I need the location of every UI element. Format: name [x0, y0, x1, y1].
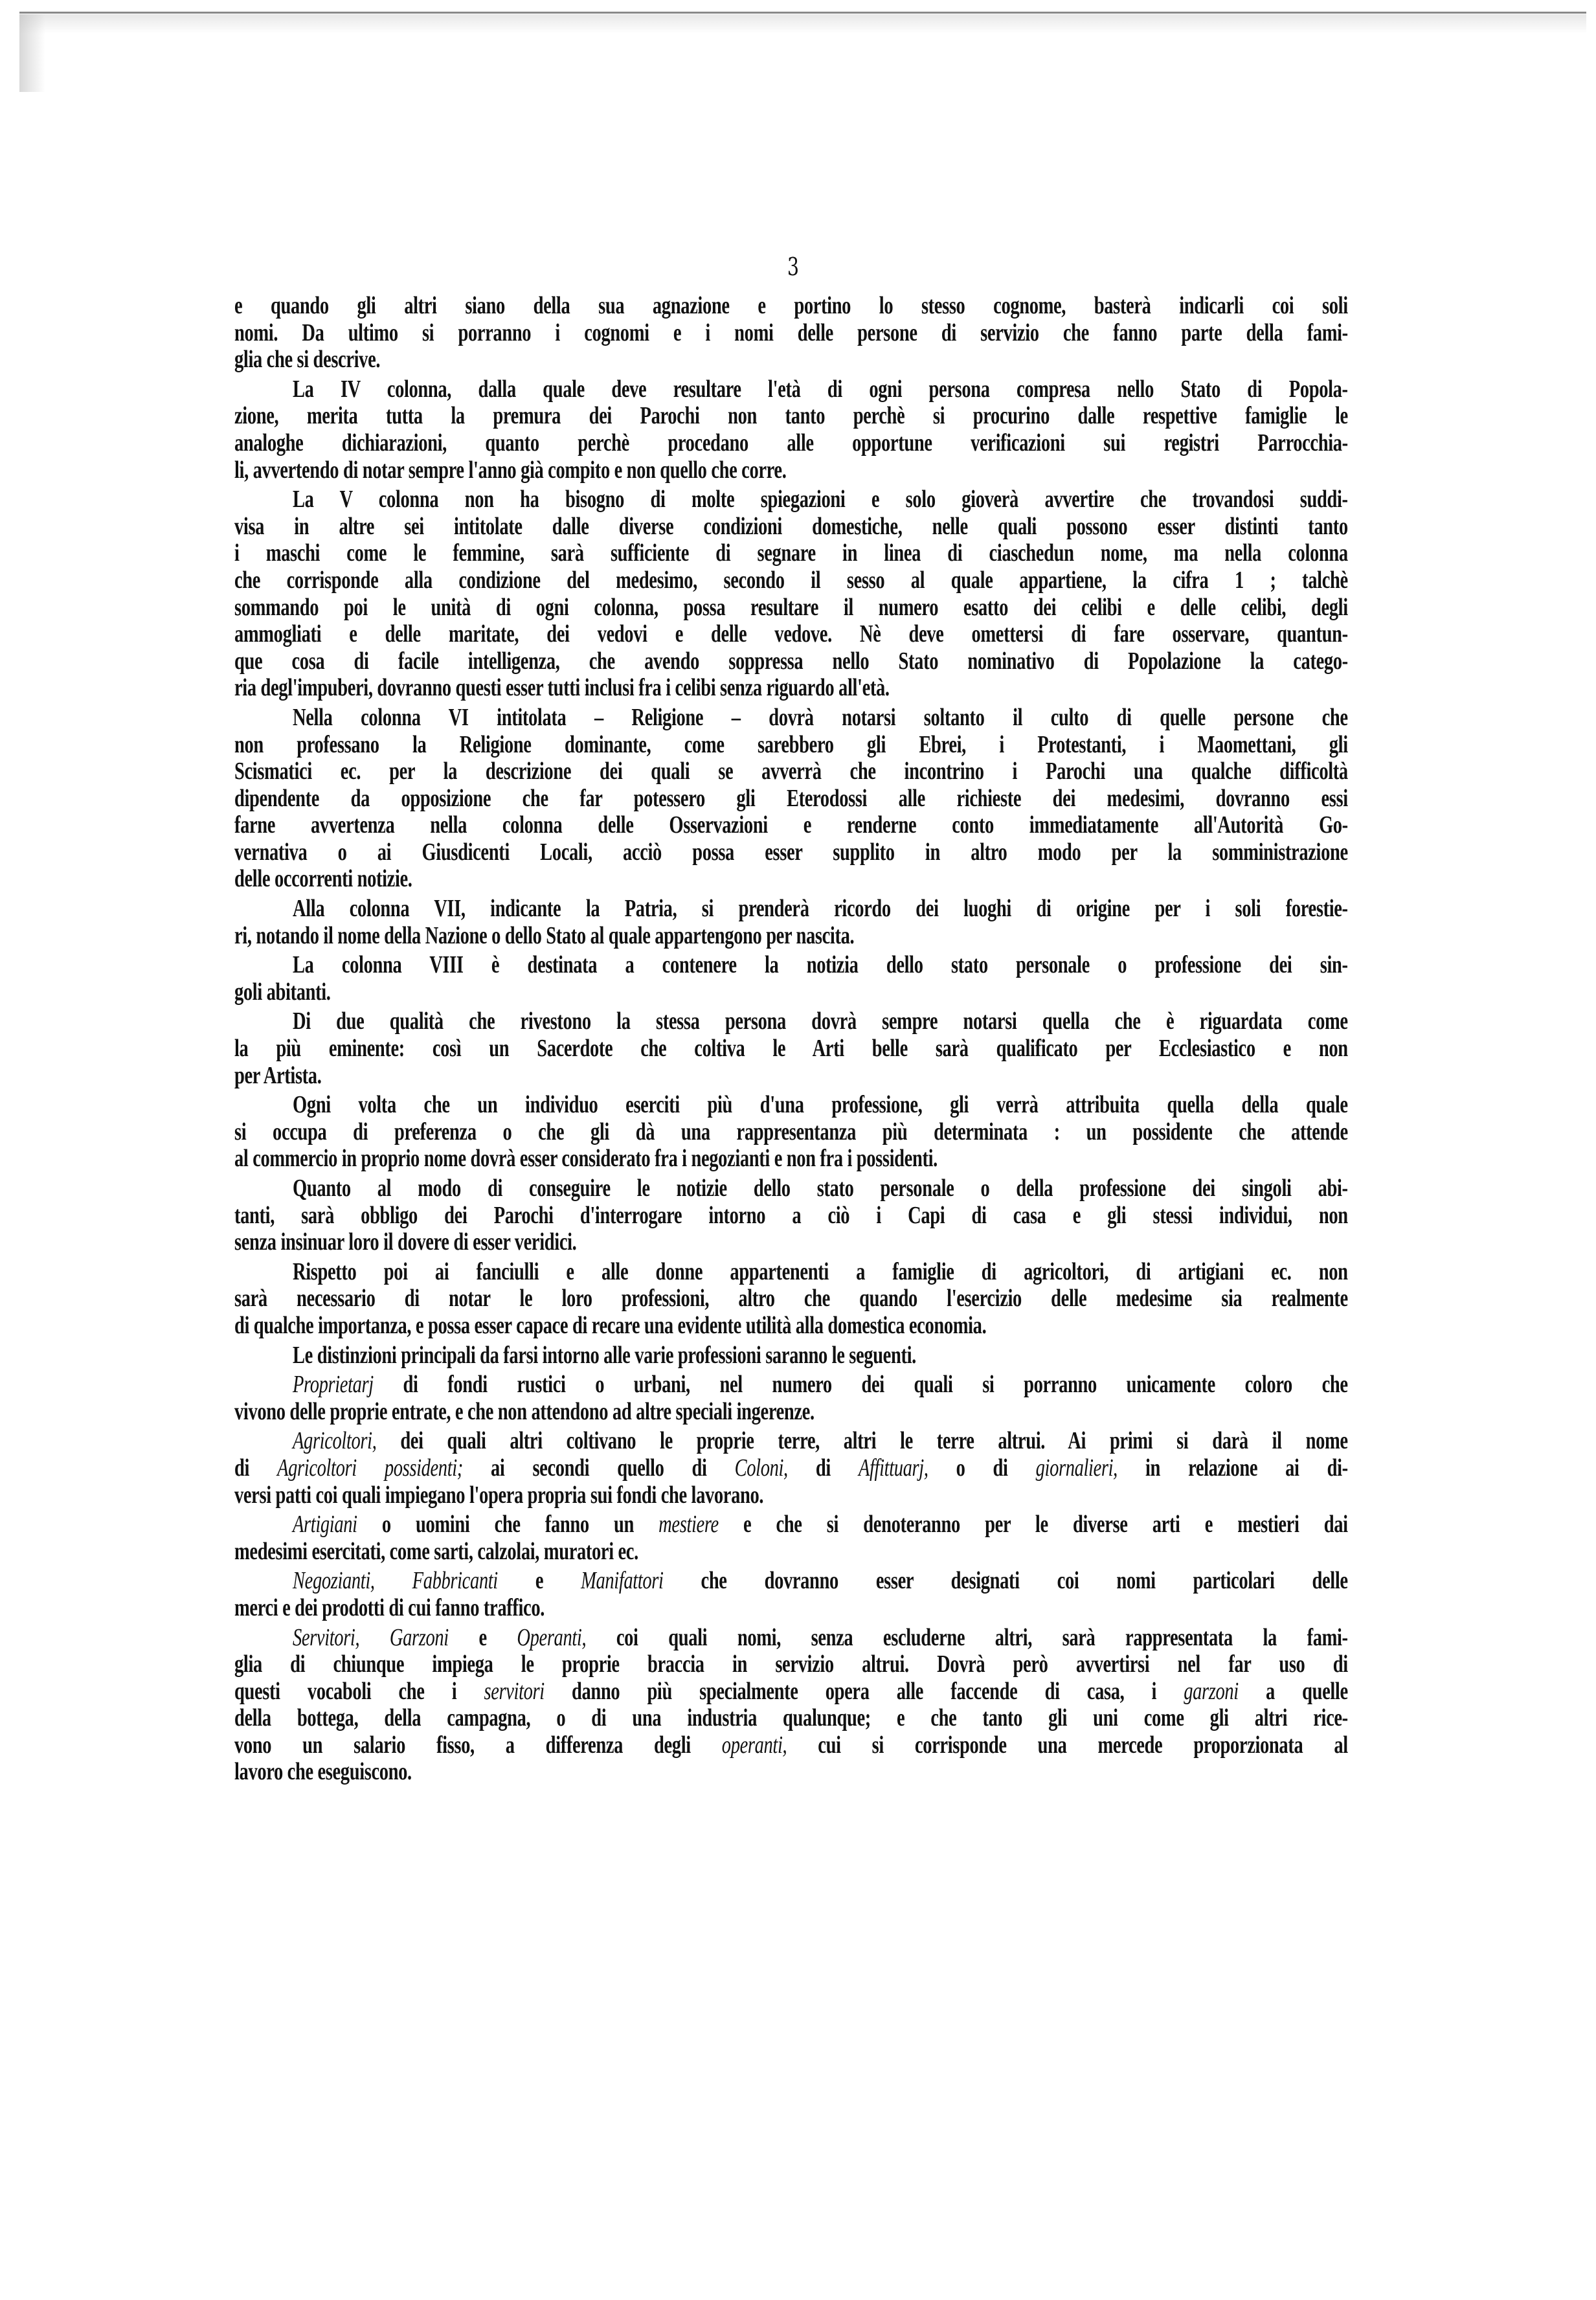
text-line-content: glia che si descrive.	[234, 346, 1348, 374]
text-line: vernativa o ai Giusdicenti Locali, acciò…	[234, 839, 1348, 866]
scan-edge-border	[19, 12, 1586, 19]
text-line: Negozianti, Fabbricanti e Manifattori ch…	[234, 1568, 1348, 1595]
text-line-content: per Artista.	[234, 1063, 1348, 1090]
paragraph: Nella colonna VI intitolata – Religione …	[234, 705, 1348, 893]
text-line: vivono delle proprie entrate, e che non …	[234, 1399, 1348, 1426]
text-line: senza insinuar loro il dovere di esser v…	[234, 1229, 1348, 1256]
text-line: della bottega, della campagna, o di una …	[234, 1705, 1348, 1732]
text-line-content: della bottega, della campagna, o di una …	[234, 1705, 1348, 1732]
text-line-content: non professano la Religione dominante, c…	[234, 732, 1348, 759]
text-line: tanti, sarà obbligo dei Parochi d'interr…	[234, 1202, 1348, 1230]
text-line: analoghe dichiarazioni, quanto perchè pr…	[234, 430, 1348, 457]
text-line-content: di qualche importanza, e possa esser cap…	[234, 1313, 1348, 1340]
paragraph: Alla colonna VII, indicante la Patria, s…	[234, 896, 1348, 949]
text-line: dipendente da opposizione che far potess…	[234, 785, 1348, 813]
text-line-content: Nella colonna VI intitolata – Religione …	[293, 705, 1348, 732]
text-line-content: La colonna VIII è destinata a contenere …	[293, 952, 1348, 979]
text-line-content: che corrisponde alla condizione del mede…	[234, 567, 1348, 594]
text-line-content: ammogliati e delle maritate, dei vedovi …	[234, 621, 1348, 648]
text-line-content: Agricoltori, dei quali altri coltivano l…	[293, 1428, 1348, 1455]
paragraph: Agricoltori, dei quali altri coltivano l…	[234, 1428, 1348, 1509]
text-line-content: Di due qualità che rivestono la stessa p…	[293, 1008, 1348, 1035]
text-line: zione, merita tutta la premura dei Paroc…	[234, 403, 1348, 430]
text-line-content: vivono delle proprie entrate, e che non …	[234, 1399, 1348, 1426]
text-line-content: glia di chiunque impiega le proprie brac…	[234, 1651, 1348, 1678]
paragraph: Rispetto poi ai fanciulli e alle donne a…	[234, 1259, 1348, 1340]
text-line: Proprietarj di fondi rustici o urbani, n…	[234, 1371, 1348, 1399]
paragraph: La V colonna non ha bisogno di molte spi…	[234, 486, 1348, 702]
text-line-content: Scismatici ec. per la descrizione dei qu…	[234, 758, 1348, 785]
text-line-content: ri, notando il nome della Nazione o dell…	[234, 923, 1348, 950]
paragraph: La IV colonna, dalla quale deve resultar…	[234, 376, 1348, 484]
text-line: sarà necessario di notar le loro profess…	[234, 1285, 1348, 1313]
text-line: Nella colonna VI intitolata – Religione …	[234, 705, 1348, 732]
text-line: i maschi come le femmine, sarà sufficien…	[234, 540, 1348, 567]
text-line: la più eminente: così un Sacerdote che c…	[234, 1035, 1348, 1063]
paragraph: Proprietarj di fondi rustici o urbani, n…	[234, 1371, 1348, 1425]
text-line-content: Servitori, Garzoni e Operanti, coi quali…	[293, 1625, 1348, 1652]
text-line: Rispetto poi ai fanciulli e alle donne a…	[234, 1259, 1348, 1286]
text-line-content: delle occorrenti notizie.	[234, 866, 1348, 893]
text-line-content: que cosa di facile intelligenza, che ave…	[234, 648, 1348, 675]
text-line: Ogni volta che un individuo eserciti più…	[234, 1092, 1348, 1119]
text-line: La colonna VIII è destinata a contenere …	[234, 952, 1348, 979]
text-line: di qualche importanza, e possa esser cap…	[234, 1313, 1348, 1340]
text-line: vono un salario fisso, a differenza degl…	[234, 1732, 1348, 1759]
text-line-content: i maschi come le femmine, sarà sufficien…	[234, 540, 1348, 567]
text-line: di Agricoltori possidenti; ai secondi qu…	[234, 1455, 1348, 1482]
text-line: Scismatici ec. per la descrizione dei qu…	[234, 758, 1348, 785]
text-line: non professano la Religione dominante, c…	[234, 732, 1348, 759]
text-line: medesimi esercitati, come sarti, calzola…	[234, 1539, 1348, 1566]
text-line: sommando poi le unità di ogni colonna, p…	[234, 594, 1348, 622]
document-body: e quando gli altri siano della sua agnaz…	[234, 293, 1348, 1786]
text-line-content: Alla colonna VII, indicante la Patria, s…	[293, 896, 1348, 923]
text-line-content: merci e dei prodotti di cui fanno traffi…	[234, 1595, 1348, 1622]
text-line-content: Ogni volta che un individuo eserciti più…	[293, 1092, 1348, 1119]
paragraph: Quanto al modo di conseguire le notizie …	[234, 1175, 1348, 1256]
text-line: si occupa di preferenza o che gli dà una…	[234, 1119, 1348, 1146]
text-line: La V colonna non ha bisogno di molte spi…	[234, 486, 1348, 513]
text-line-content: Artigiani o uomini che fanno un mestiere…	[293, 1511, 1348, 1539]
paragraph: e quando gli altri siano della sua agnaz…	[234, 293, 1348, 374]
paragraph: Servitori, Garzoni e Operanti, coi quali…	[234, 1625, 1348, 1787]
paragraph: Di due qualità che rivestono la stessa p…	[234, 1008, 1348, 1089]
text-line-content: tanti, sarà obbligo dei Parochi d'interr…	[234, 1202, 1348, 1230]
paragraph: Artigiani o uomini che fanno un mestiere…	[234, 1511, 1348, 1565]
text-line: Artigiani o uomini che fanno un mestiere…	[234, 1511, 1348, 1539]
paragraph: Ogni volta che un individuo eserciti più…	[234, 1092, 1348, 1173]
text-line-content: sarà necessario di notar le loro profess…	[234, 1285, 1348, 1313]
text-line: farne avvertenza nella colonna delle Oss…	[234, 812, 1348, 839]
text-line: delle occorrenti notizie.	[234, 866, 1348, 893]
paragraph: La colonna VIII è destinata a contenere …	[234, 952, 1348, 1006]
text-line-content: analoghe dichiarazioni, quanto perchè pr…	[234, 430, 1348, 457]
text-line: Quanto al modo di conseguire le notizie …	[234, 1175, 1348, 1202]
text-line: lavoro che eseguiscono.	[234, 1759, 1348, 1786]
page-number: 3	[783, 253, 803, 281]
paragraph: Le distinzioni principali da farsi intor…	[234, 1342, 1348, 1370]
scan-corner-shadow	[19, 14, 45, 92]
text-line: Di due qualità che rivestono la stessa p…	[234, 1008, 1348, 1035]
text-line-content: Proprietarj di fondi rustici o urbani, n…	[293, 1371, 1348, 1399]
text-line: Alla colonna VII, indicante la Patria, s…	[234, 896, 1348, 923]
text-line: La IV colonna, dalla quale deve resultar…	[234, 376, 1348, 403]
text-line-content: Negozianti, Fabbricanti e Manifattori ch…	[293, 1568, 1348, 1595]
text-line-content: medesimi esercitati, come sarti, calzola…	[234, 1539, 1348, 1566]
text-line-content: Quanto al modo di conseguire le notizie …	[293, 1175, 1348, 1202]
text-line-content: La IV colonna, dalla quale deve resultar…	[293, 376, 1348, 403]
text-line-content: dipendente da opposizione che far potess…	[234, 785, 1348, 813]
text-line: versi patti coi quali impiegano l'opera …	[234, 1482, 1348, 1509]
text-line-content: questi vocaboli che i servitori danno pi…	[234, 1678, 1348, 1706]
text-line-content: si occupa di preferenza o che gli dà una…	[234, 1119, 1348, 1146]
text-line: per Artista.	[234, 1063, 1348, 1090]
text-line: ammogliati e delle maritate, dei vedovi …	[234, 621, 1348, 648]
text-line: Servitori, Garzoni e Operanti, coi quali…	[234, 1625, 1348, 1652]
text-line-content: vono un salario fisso, a differenza degl…	[234, 1732, 1348, 1759]
text-line-content: lavoro che eseguiscono.	[234, 1759, 1348, 1786]
text-line-content: Le distinzioni principali da farsi intor…	[293, 1342, 1348, 1370]
text-line-content: la più eminente: così un Sacerdote che c…	[234, 1035, 1348, 1063]
text-line-content: farne avvertenza nella colonna delle Oss…	[234, 812, 1348, 839]
text-line: Agricoltori, dei quali altri coltivano l…	[234, 1428, 1348, 1455]
text-line-content: sommando poi le unità di ogni colonna, p…	[234, 594, 1348, 622]
text-line: glia che si descrive.	[234, 346, 1348, 374]
text-line: ri, notando il nome della Nazione o dell…	[234, 923, 1348, 950]
text-line: e quando gli altri siano della sua agnaz…	[234, 293, 1348, 320]
text-line-content: zione, merita tutta la premura dei Paroc…	[234, 403, 1348, 430]
text-line-content: ria degl'impuberi, dovranno questi esser…	[234, 675, 1348, 702]
text-line: ria degl'impuberi, dovranno questi esser…	[234, 675, 1348, 702]
text-line: questi vocaboli che i servitori danno pi…	[234, 1678, 1348, 1706]
text-line: che corrisponde alla condizione del mede…	[234, 567, 1348, 594]
text-line-content: li, avvertendo di notar sempre l'anno gi…	[234, 457, 1348, 484]
text-line: visa in altre sei intitolate dalle diver…	[234, 513, 1348, 541]
text-line-content: goli abitanti.	[234, 979, 1348, 1006]
text-line-content: versi patti coi quali impiegano l'opera …	[234, 1482, 1348, 1509]
text-line-content: visa in altre sei intitolate dalle diver…	[234, 513, 1348, 541]
text-line: Le distinzioni principali da farsi intor…	[234, 1342, 1348, 1370]
text-line-content: senza insinuar loro il dovere di esser v…	[234, 1229, 1348, 1256]
text-line-content: La V colonna non ha bisogno di molte spi…	[293, 486, 1348, 513]
text-line: merci e dei prodotti di cui fanno traffi…	[234, 1595, 1348, 1622]
text-line-content: nomi. Da ultimo si porranno i cognomi e …	[234, 320, 1348, 347]
text-line: al commercio in proprio nome dovrà esser…	[234, 1145, 1348, 1173]
text-line-content: vernativa o ai Giusdicenti Locali, acciò…	[234, 839, 1348, 866]
text-line: nomi. Da ultimo si porranno i cognomi e …	[234, 320, 1348, 347]
text-line-content: di Agricoltori possidenti; ai secondi qu…	[234, 1455, 1348, 1482]
text-line-content: e quando gli altri siano della sua agnaz…	[234, 293, 1348, 320]
text-line-content: Rispetto poi ai fanciulli e alle donne a…	[293, 1259, 1348, 1286]
text-line: glia di chiunque impiega le proprie brac…	[234, 1651, 1348, 1678]
text-line: que cosa di facile intelligenza, che ave…	[234, 648, 1348, 675]
text-line-content: al commercio in proprio nome dovrà esser…	[234, 1145, 1348, 1173]
paragraph: Negozianti, Fabbricanti e Manifattori ch…	[234, 1568, 1348, 1621]
text-line: goli abitanti.	[234, 979, 1348, 1006]
text-line: li, avvertendo di notar sempre l'anno gi…	[234, 457, 1348, 484]
